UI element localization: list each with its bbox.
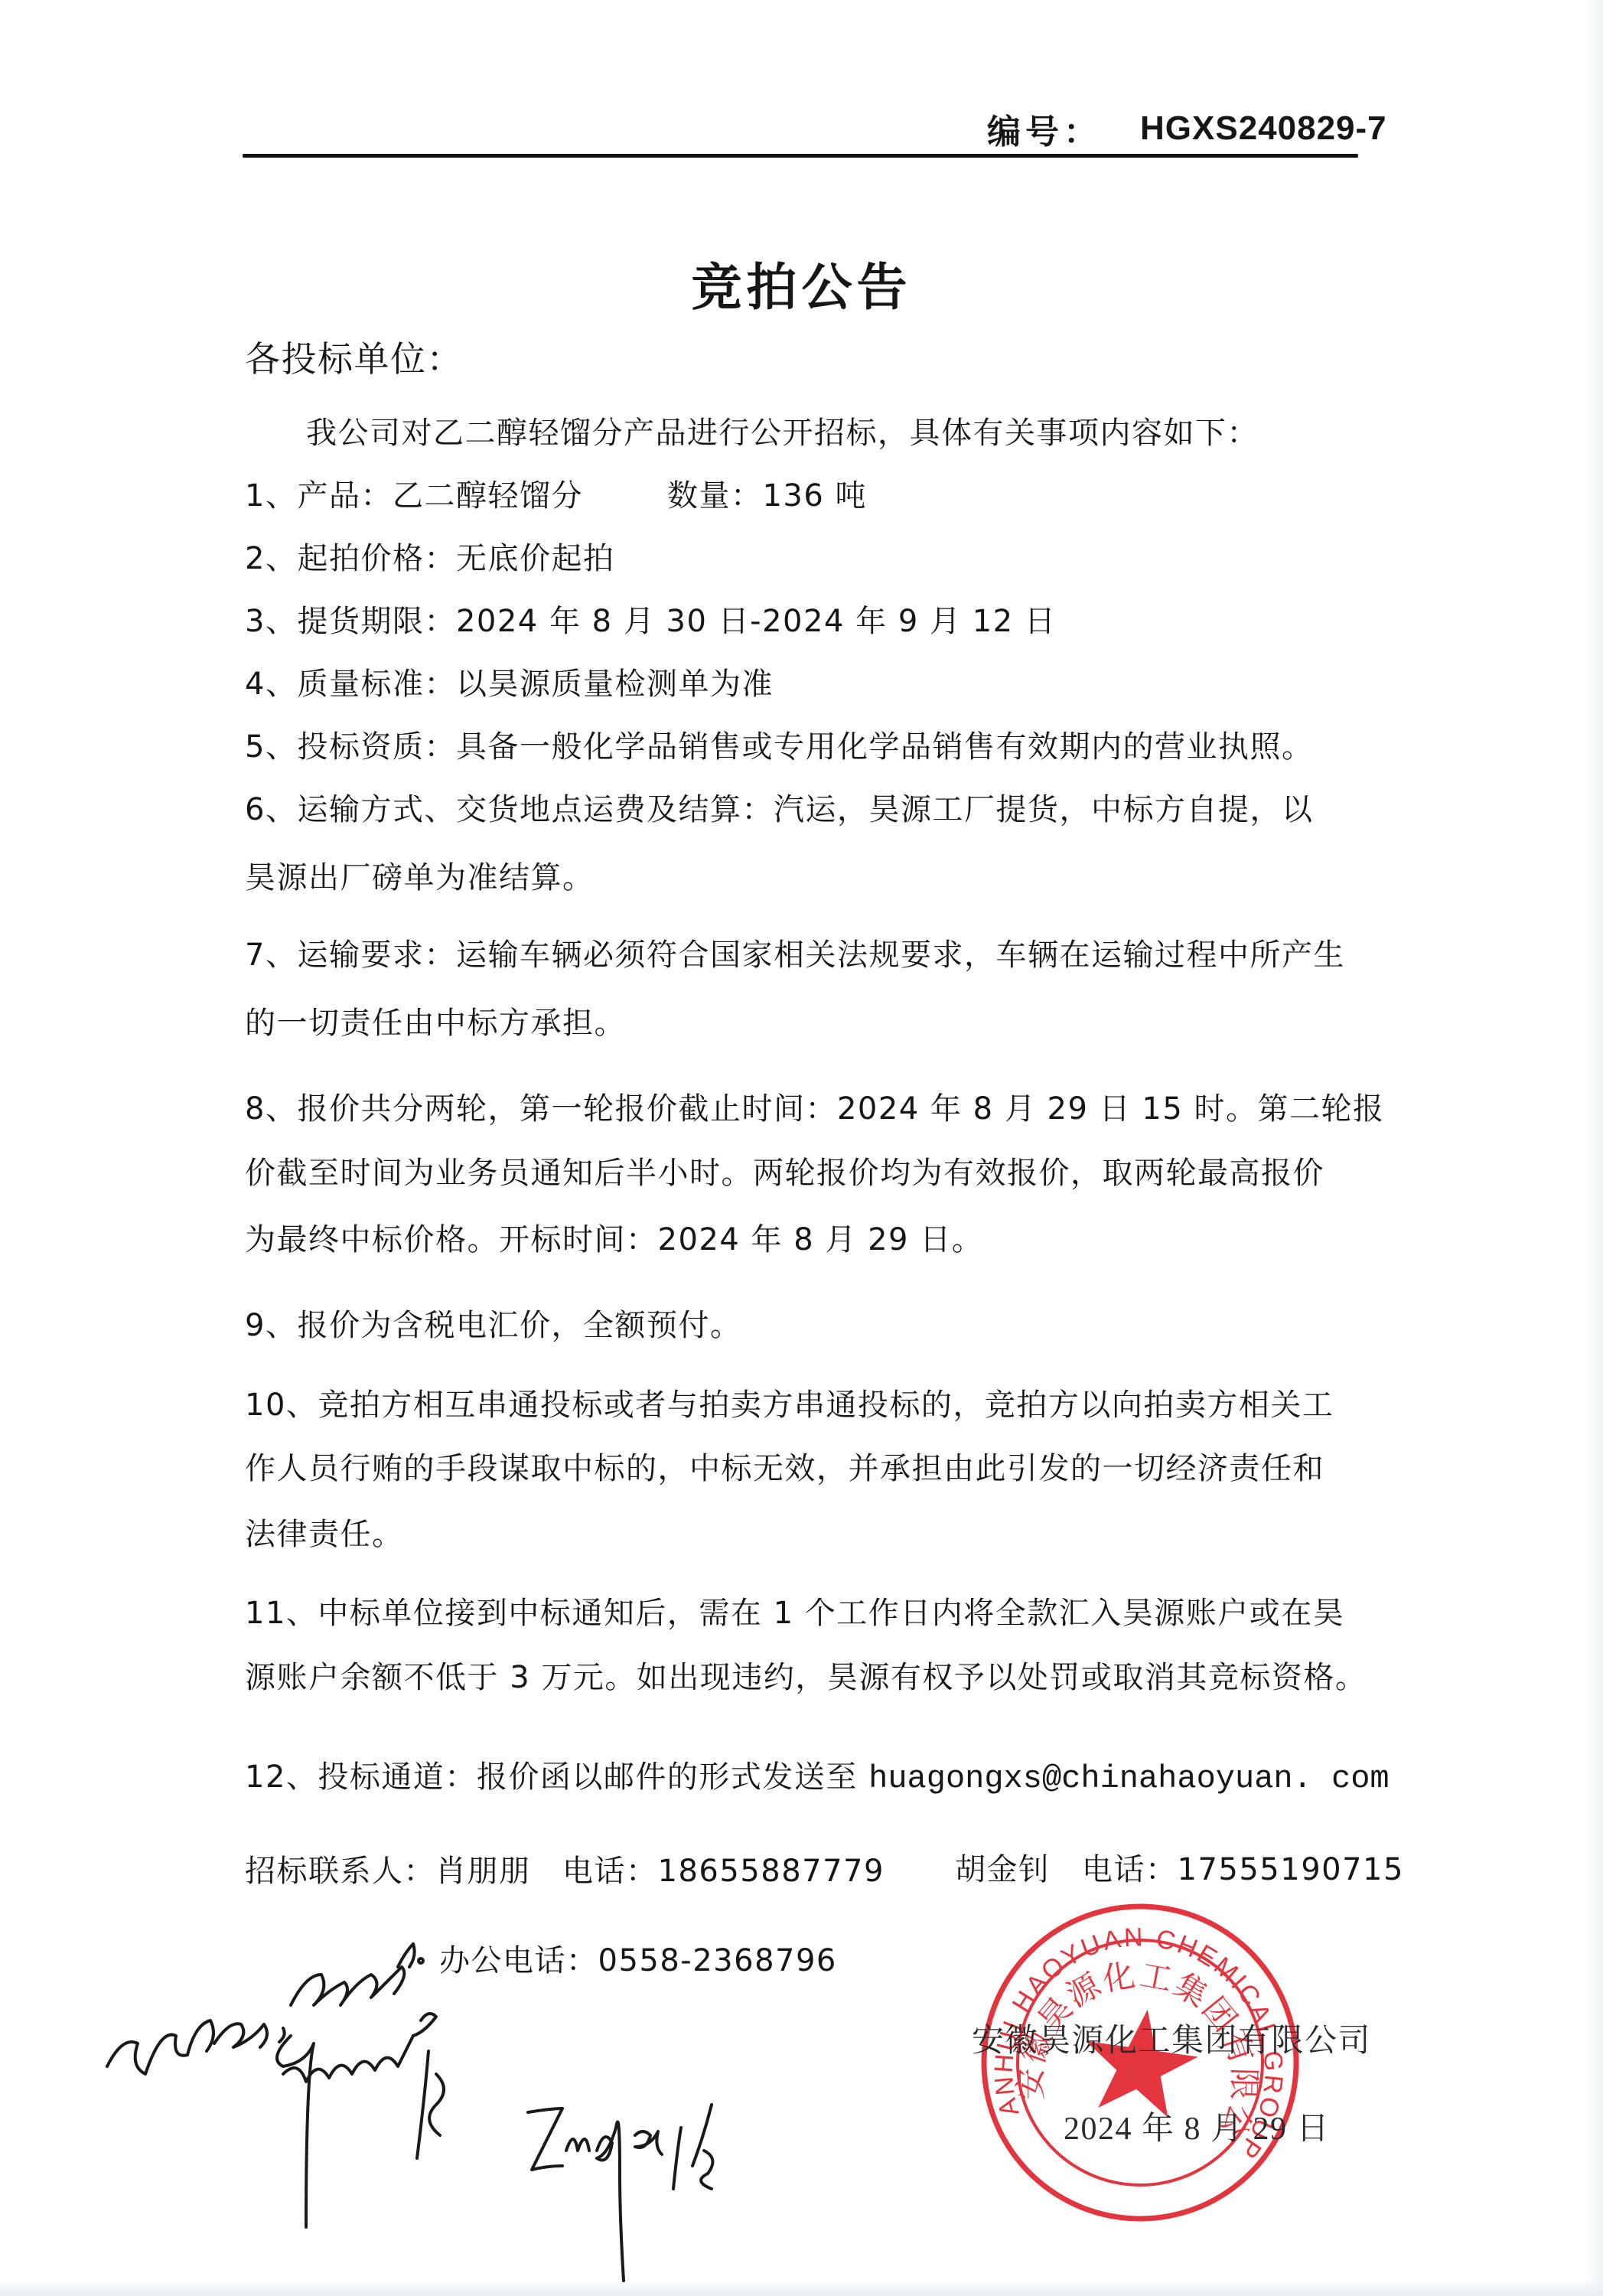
item-3: 3、提货期限：2024 年 8 月 30 日-2024 年 9 月 12 日 (245, 602, 1056, 641)
item-8-line-3: 为最终中标价格。开标时间：2024 年 8 月 29 日。 (245, 1221, 983, 1259)
item-11-line-1: 11、中标单位接到中标通知后，需在 1 个工作日内将全款汇入昊源账户或在昊 (245, 1594, 1344, 1632)
item-8-line-2: 价截至时间为业务员通知后半小时。两轮报价均为有效报价，取两轮最高报价 (245, 1154, 1324, 1192)
item-1-quantity: 数量：136 吨 (667, 478, 867, 514)
item-9: 9、报价为含税电汇价，全额预付。 (245, 1306, 741, 1345)
item-7-line-2: 的一切责任由中标方承担。 (245, 1004, 626, 1042)
item-6-line-1: 6、运输方式、交货地点运费及结算：汽运，昊源工厂提货，中标方自提，以 (245, 791, 1313, 829)
page-bottom-shade (0, 2279, 1603, 2296)
item-10-line-2: 作人员行贿的手段谋取中标的，中标无效，并承担由此引发的一切经济责任和 (245, 1450, 1324, 1488)
item-1-product: 1、产品：乙二醇轻馏分 (245, 478, 583, 514)
signoff-company: 安徽昊源化工集团有限公司 (972, 2022, 1371, 2060)
item-12: 12、投标通道：报价函以邮件的形式发送至 huagongxs@chinahaoy… (245, 1758, 1390, 1798)
signoff-date: 2024 年 8 月 29 日 (1064, 2110, 1330, 2148)
handwritten-signature-2 (520, 2089, 773, 2288)
document-number-label: 编号： (987, 104, 1102, 153)
page-title: 竞拍公告 (0, 246, 1603, 319)
item-8-line-1: 8、报价共分两轮，第一轮报价截止时间：2024 年 8 月 29 日 15 时。… (245, 1090, 1385, 1128)
page-edge-shade (1583, 0, 1603, 2296)
signature-1-icon (253, 1990, 482, 2265)
addressee: 各投标单位： (245, 340, 463, 378)
document-number: 编号： HGXS240829-7 (987, 106, 1387, 152)
handwritten-signature-1 (253, 1990, 482, 2265)
stamp-star-icon (1077, 2001, 1204, 2120)
bid-email-link[interactable]: huagongxs@chinahaoyuan. com (868, 1760, 1390, 1797)
company-seal-stamp: ANHUI HAOYUAN CHEMICAL GROUP CO.,LTD 安徽昊… (959, 1881, 1321, 2244)
item-5: 5、投标资质：具备一般化学品销售或专用化学品销售有效期内的营业执照。 (245, 728, 1313, 766)
item-10-line-1: 10、竞拍方相互串通投标或者与拍卖方串通投标的，竞拍方以向拍卖方相关工 (245, 1386, 1334, 1424)
document-number-value: HGXS240829-7 (1140, 109, 1387, 148)
signature-2-icon (520, 2089, 773, 2288)
item-11-line-2: 源账户余额不低于 3 万元。如出现违约，昊源有权予以处罚或取消其竞标资格。 (245, 1658, 1367, 1697)
item-4: 4、质量标准：以昊源质量检测单为准 (245, 665, 774, 703)
item-6-line-2: 昊源出厂磅单为准结算。 (245, 859, 595, 897)
item-1: 1、产品：乙二醇轻馏分数量：136 吨 (245, 477, 867, 515)
item-10-line-3: 法律责任。 (245, 1515, 404, 1554)
item-7-line-1: 7、运输要求：运输车辆必须符合国家相关法规要求，车辆在运输过程中所产生 (245, 936, 1345, 974)
header-rule (243, 154, 1358, 158)
intro-paragraph: 我公司对乙二醇轻馏分产品进行公开招标，具体有关事项内容如下： (306, 414, 1259, 452)
contact-primary: 招标联系人：肖朋朋 电话：18655887779 (245, 1852, 885, 1890)
item-2: 2、起拍价格：无底价起拍 (245, 540, 614, 578)
item-12-label: 12、投标通道：报价函以邮件的形式发送至 (245, 1760, 868, 1795)
